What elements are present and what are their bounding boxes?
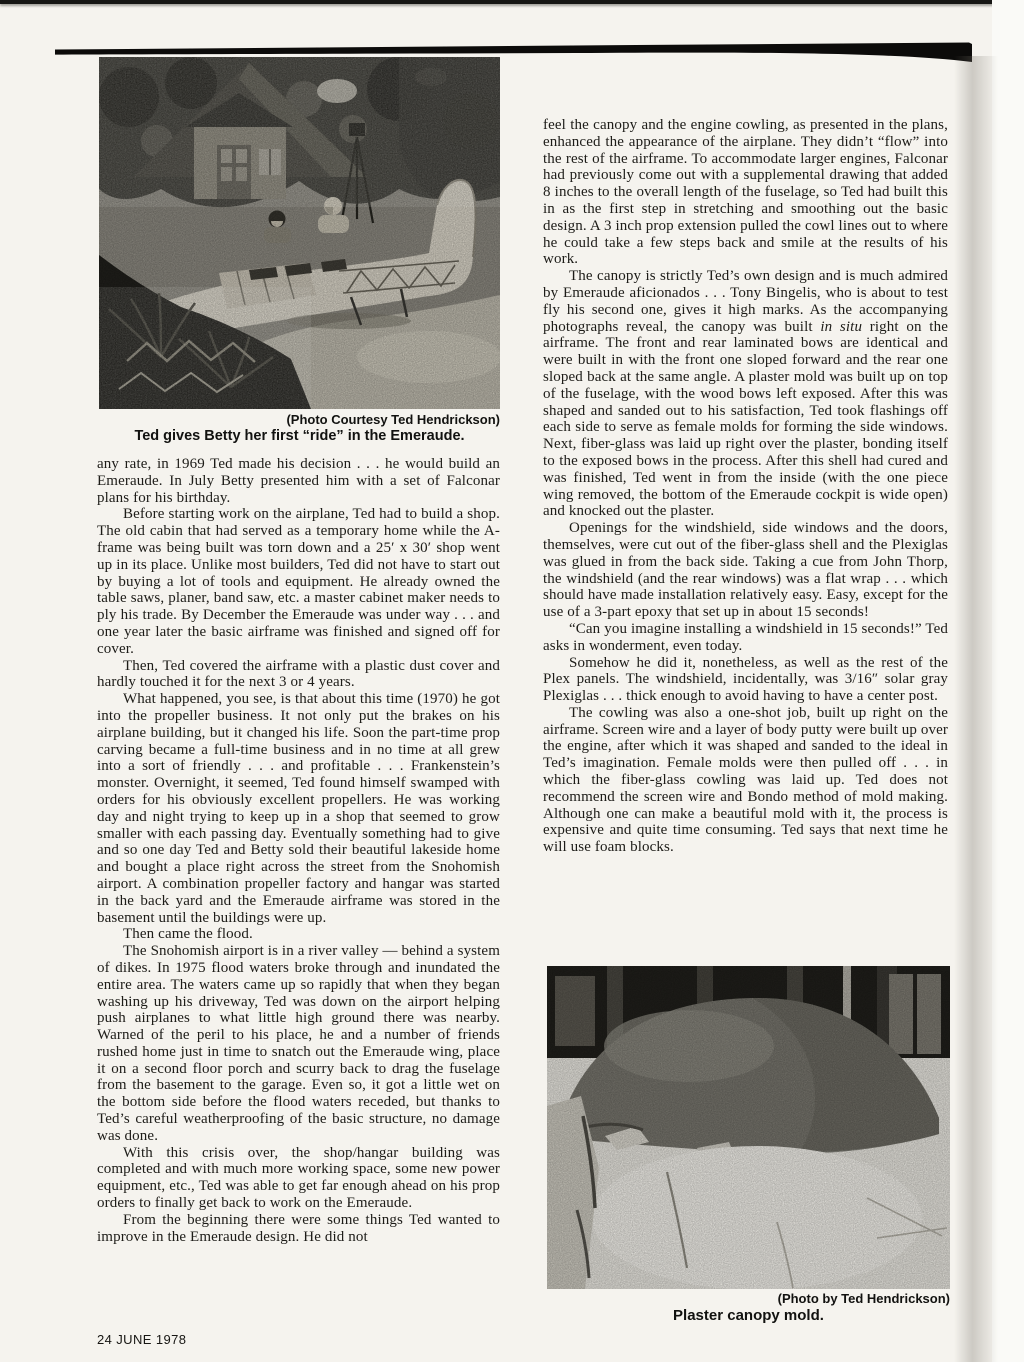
photo-plaster-canopy-mold <box>547 966 950 1289</box>
body-paragraph: The cowling was also a one-shot job, bui… <box>543 705 948 856</box>
body-paragraph: What happened, you see, is that about th… <box>97 691 500 926</box>
body-paragraph: Then came the flood. <box>97 926 500 943</box>
right-text-column: feel the canopy and the engine cowling, … <box>543 117 948 856</box>
body-paragraph: “Can you imagine installing a windshield… <box>543 621 948 655</box>
body-paragraph: The Snohomish airport is in a river vall… <box>97 943 500 1145</box>
body-paragraph: any rate, in 1969 Ted made his decision … <box>97 456 500 506</box>
photo-emeraude-airframe <box>99 57 500 409</box>
body-paragraph: From the beginning there were some thing… <box>97 1212 500 1246</box>
body-paragraph: Before starting work on the airplane, Te… <box>97 506 500 657</box>
magazine-page: (Photo Courtesy Ted Hendrickson) Ted giv… <box>0 0 1024 1362</box>
body-paragraph: Somehow he did it, nonetheless, as well … <box>543 655 948 705</box>
body-paragraph: The canopy is strictly Ted’s own design … <box>543 268 948 520</box>
page-right-margin <box>992 0 1024 1362</box>
body-paragraph: feel the canopy and the engine cowling, … <box>543 117 948 268</box>
top-photo-caption: Ted gives Betty her first “ride” in the … <box>99 428 500 444</box>
bottom-photo-caption: Plaster canopy mold. <box>547 1307 950 1324</box>
left-text-column: any rate, in 1969 Ted made his decision … <box>97 456 500 1245</box>
body-paragraph: With this crisis over, the shop/hangar b… <box>97 1145 500 1212</box>
page-folio: 24 JUNE 1978 <box>97 1332 186 1347</box>
body-paragraph: Openings for the windshield, side window… <box>543 520 948 621</box>
body-paragraph: Then, Ted covered the airframe with a pl… <box>97 658 500 692</box>
top-photo-credit: (Photo Courtesy Ted Hendrickson) <box>99 412 500 427</box>
page-top-edge-line <box>0 0 1024 4</box>
page-edge-shadow <box>954 56 998 1362</box>
bottom-photo-credit: (Photo by Ted Hendrickson) <box>547 1291 950 1306</box>
